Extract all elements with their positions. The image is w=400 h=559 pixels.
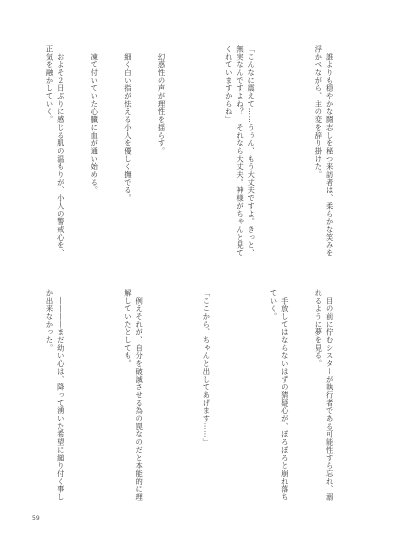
dialogue-line: 「こんなに震えて……うぅん、もう大丈夫ですよ。きっと、無実なんですよね？ それな… [224, 45, 258, 261]
dialogue-line: 「ここから、ちゃんと出してあげます……」 [201, 289, 212, 505]
blank-line [190, 45, 201, 261]
paragraph: およそ２日ぶりに感じる肌の温もりが、小人の警戒心を、正気を融かしていく。 [44, 45, 66, 261]
blank-line [11, 45, 22, 261]
paragraph: 細く白い指が怯える小人を優しく撫でる。 [123, 45, 134, 261]
paragraph: ――――まだ幼い心は、降って湧いた希望に縋り付く事しか出来なかった。 [44, 289, 66, 505]
page-number: 59 [32, 515, 40, 522]
paragraph: 幻惑性の声が理性を揺らす。 [156, 45, 167, 261]
blank-line [280, 45, 291, 261]
paragraph: 目の前に佇むシスターが執行者である可能性すら忘れ、溺れるように夢を見る。 [313, 289, 335, 505]
paragraph: 手放してはならないはずの猜疑心が、ぼろぼろと崩れ落ちていく。 [268, 289, 290, 505]
blank-line [11, 289, 22, 505]
text-block-bottom: 目の前に佇むシスターが執行者である可能性すら忘れ、溺れるように夢を見る。 手放し… [38, 289, 358, 505]
paragraph: 誰よりも穏やかな闘志しを秘つ来訪者は、柔らかな笑みを浮かべながら、主の変を辞り掛… [313, 45, 335, 261]
book-page: 誰よりも穏やかな闘志しを秘つ来訪者は、柔らかな笑みを浮かべながら、主の変を辞り掛… [0, 0, 400, 559]
paragraph: 凍て付いていた心臓に血が通い始める。 [89, 45, 100, 261]
paragraph: 例えそれが、自分を破滅させる為の罠なのだと本能的に理解していたとしても。 [123, 289, 145, 505]
blank-line [168, 289, 179, 505]
blank-line [235, 289, 246, 505]
text-block-top: 誰よりも穏やかな闘志しを秘つ来訪者は、柔らかな笑みを浮かべながら、主の変を辞り掛… [38, 45, 358, 261]
blank-line [89, 289, 100, 505]
